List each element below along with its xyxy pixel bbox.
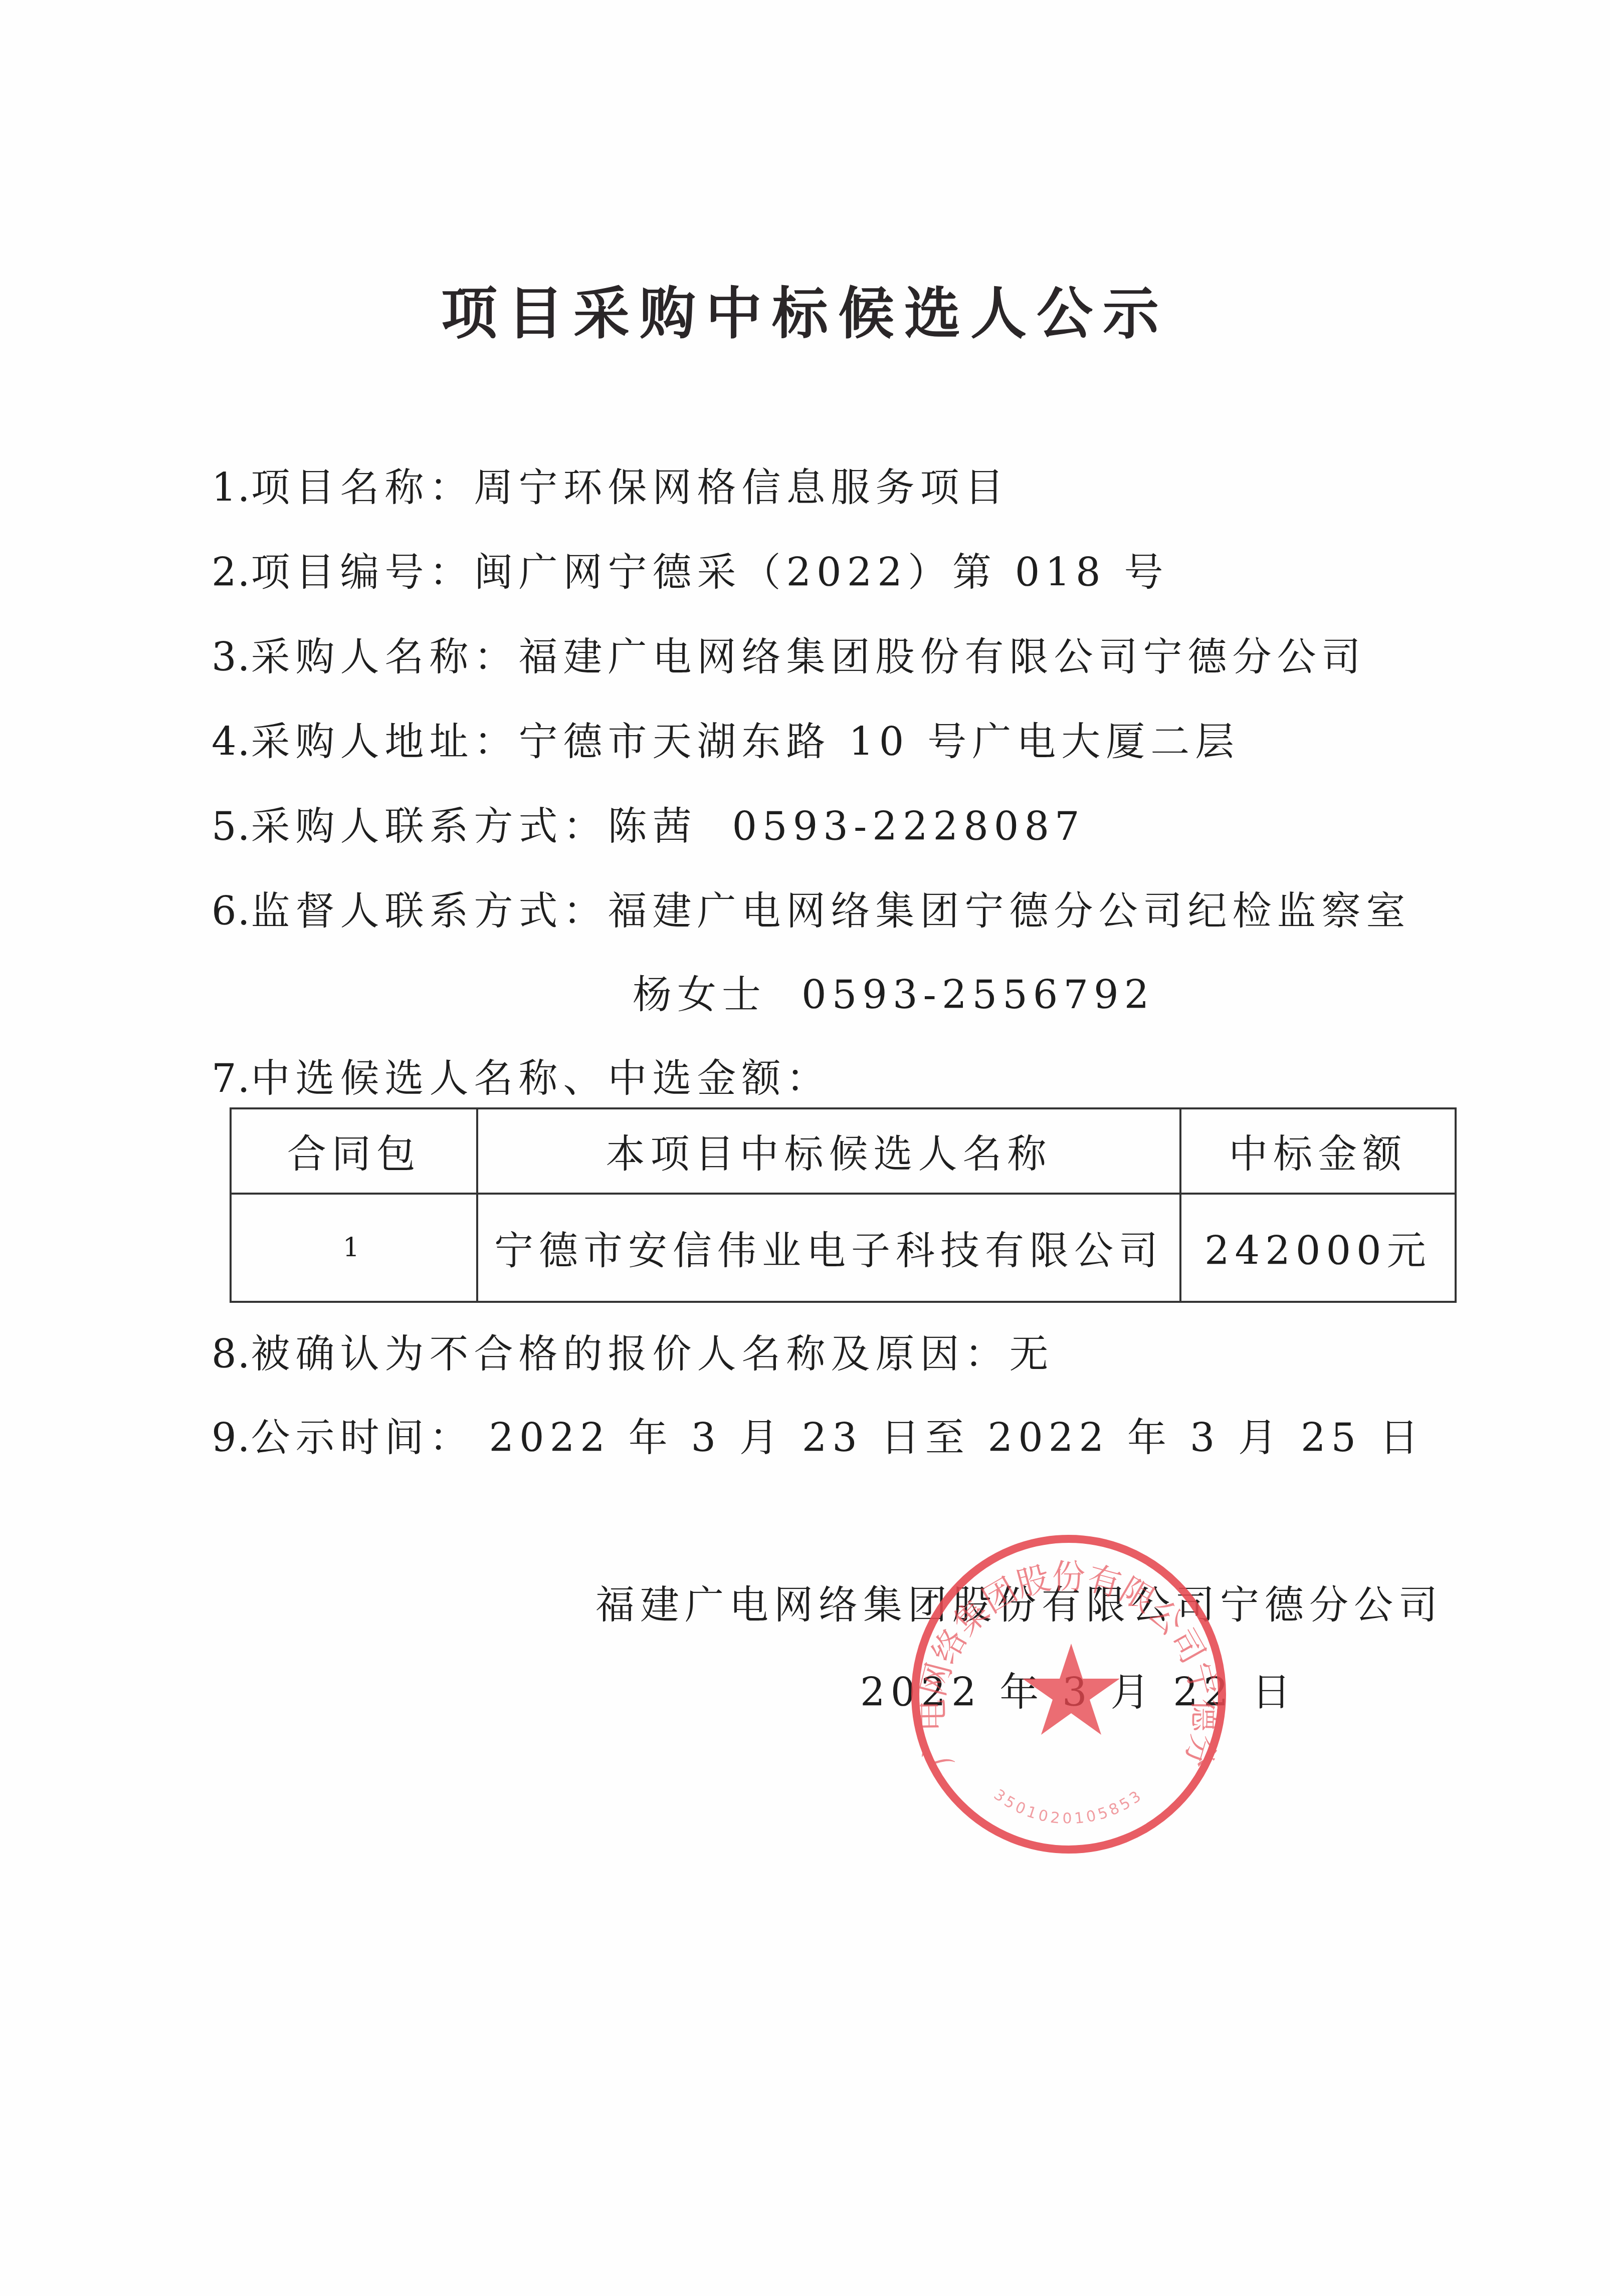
contact-name: 陈茜 (608, 804, 697, 849)
item-publicity-period: 9.公示时间：2022 年 3 月 23 日至 2022 年 3 月 25 日 (212, 1413, 1424, 1463)
item-label: 采购人地址： (251, 720, 518, 765)
header-candidate-name: 本项目中标候选人名称 (477, 1108, 1180, 1194)
item-value: 无 (1009, 1332, 1054, 1377)
item-number: 6. (212, 889, 251, 934)
item-number: 3. (212, 635, 251, 680)
contact-phone: 0593-2228087 (732, 804, 1085, 849)
item-number: 5. (212, 804, 251, 849)
item-value: 福建广电网络集团股份有限公司宁德分公司 (518, 635, 1366, 680)
item-project-name: 1.项目名称：周宁环保网格信息服务项目 (212, 463, 1009, 513)
cell-amount: 242000元 (1180, 1194, 1456, 1302)
candidate-table: 合同包 本项目中标候选人名称 中标金额 1 宁德市安信伟业电子科技有限公司 24… (230, 1107, 1457, 1303)
item-label: 监督人联系方式： (251, 889, 608, 934)
item-disqualified: 8.被确认为不合格的报价人名称及原因：无 (212, 1329, 1054, 1380)
item-purchaser-address: 4.采购人地址：宁德市天湖东路 10 号广电大厦二层 (212, 717, 1240, 767)
header-amount: 中标金额 (1180, 1108, 1456, 1194)
item-value: 福建广电网络集团宁德分公司纪检监察室 (608, 889, 1411, 934)
item-number: 4. (212, 720, 251, 765)
contact-name: 杨女士 (633, 973, 766, 1018)
item-number: 1. (212, 466, 251, 511)
page-title: 项目采购中标候选人公示 (0, 281, 1610, 348)
item-supervisor-contact: 6.监督人联系方式：福建广电网络集团宁德分公司纪检监察室 (212, 886, 1411, 937)
signature-date: 2022 年 3 月 22 日 (860, 1668, 1296, 1718)
table-row: 1 宁德市安信伟业电子科技有限公司 242000元 (231, 1194, 1456, 1302)
item-project-code: 2.项目编号：闽广网宁德采（2022）第 018 号 (212, 548, 1168, 598)
item-supervisor-contact-person: 杨女士0593-2556792 (633, 970, 1154, 1020)
item-label: 公示时间： (251, 1416, 474, 1461)
item-value: 2022 年 3 月 23 日至 2022 年 3 月 25 日 (489, 1416, 1424, 1461)
item-number: 7. (212, 1056, 251, 1101)
item-value: 周宁环保网格信息服务项目 (474, 466, 1009, 511)
item-label: 采购人联系方式： (251, 804, 608, 849)
seal-text: 福建广电网络集团股份有限公司宁德分公司 (908, 1532, 1225, 1772)
cell-candidate-name: 宁德市安信伟业电子科技有限公司 (477, 1194, 1180, 1302)
item-label: 项目编号： (251, 550, 474, 595)
signature-organization: 福建广电网络集团股份有限公司宁德分公司 (595, 1580, 1443, 1631)
cell-package: 1 (231, 1194, 477, 1302)
item-value: 闽广网宁德采（2022）第 018 号 (474, 550, 1168, 595)
document-page: 项目采购中标候选人公示 1.项目名称：周宁环保网格信息服务项目 2.项目编号：闽… (0, 0, 1610, 2296)
item-label: 采购人名称： (251, 635, 518, 680)
item-purchaser-name: 3.采购人名称：福建广电网络集团股份有限公司宁德分公司 (212, 632, 1366, 682)
contact-phone: 0593-2556792 (801, 973, 1154, 1018)
table-header-row: 合同包 本项目中标候选人名称 中标金额 (231, 1108, 1456, 1194)
item-number: 9. (212, 1416, 251, 1461)
header-package: 合同包 (231, 1108, 477, 1194)
item-candidate-heading: 7.中选候选人名称、中选金额： (212, 1054, 831, 1104)
item-label: 被确认为不合格的报价人名称及原因： (251, 1332, 1009, 1377)
seal-serial: 3501020105853 (990, 1786, 1147, 1827)
item-label: 中选候选人名称、中选金额： (251, 1056, 831, 1101)
item-label: 项目名称： (251, 466, 474, 511)
item-number: 8. (212, 1332, 251, 1377)
item-value: 宁德市天湖东路 10 号广电大厦二层 (518, 720, 1240, 765)
item-purchaser-contact: 5.采购人联系方式：陈茜0593-2228087 (212, 802, 1085, 852)
item-number: 2. (212, 550, 251, 595)
